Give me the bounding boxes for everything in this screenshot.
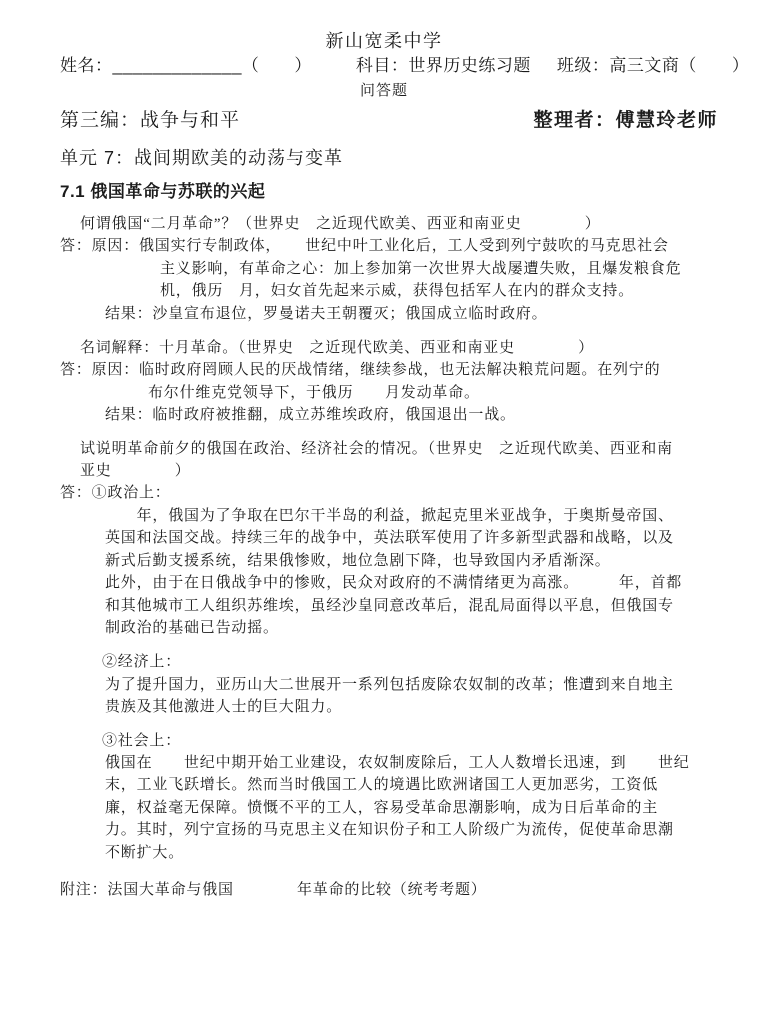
answer-line: 为了提升国力，亚历山大二世展开一系列包括废除农奴制的改革；惟遭到来自地主 — [105, 674, 718, 696]
organizer-name: 整理者：傅慧玲老师 — [533, 108, 718, 133]
question-block-1: 何谓俄国“二月革命”？（世界史 之近现代欧美、西亚和南亚史 ） 答：原因：俄国实… — [60, 213, 718, 325]
question-block-2: 名词解释：十月革命。（世界史 之近现代欧美、西亚和南亚史 ） 答：原因：临时政府… — [60, 337, 718, 427]
answer-line: 新式后勤支援系统，结果俄惨败，地位急剧下降，也导致国内矛盾渐深。 — [105, 550, 718, 572]
answer-line: 结果：临时政府被推翻，成立苏维埃政府，俄国退出一战。 — [105, 404, 718, 426]
answer-line: 俄国在 世纪中期开始工业建设，农奴制废除后，工人人数增长迅速，到 世纪 — [105, 752, 718, 774]
class-field: 班级：高三文商（ ） — [557, 54, 750, 78]
subject-field: 科目：世界历史练习题 — [356, 54, 531, 78]
economy-subhead: ②经济上： — [102, 651, 718, 673]
question-1-text: 何谓俄国“二月革命”？（世界史 之近现代欧美、西亚和南亚史 ） — [80, 213, 718, 235]
answer-line: 此外，由于在日俄战争中的惨败，民众对政府的不满情绪更为高涨。 年，首都 — [105, 572, 718, 594]
question-3-text-line1: 试说明革命前夕的俄国在政治、经济社会的情况。（世界史 之近现代欧美、西亚和南 — [80, 438, 718, 460]
worksheet-page: 新山宽柔中学 姓名：_____________（ ） 科目：世界历史练习题 班级… — [0, 0, 768, 1024]
answer-line: 制政治的基础已告动摇。 — [105, 617, 718, 639]
part-header-row: 第三编：战争与和平 整理者：傅慧玲老师 — [60, 108, 718, 133]
part-title: 第三编：战争与和平 — [60, 108, 240, 133]
footnote: 附注：法国大革命与俄国 年革命的比较（统考考题） — [60, 879, 718, 901]
answer-line: 廉，权益毫无保障。愤慨不平的工人，容易受革命思潮影响，成为日后革命的主 — [105, 797, 718, 819]
answer-line: 答：原因：临时政府罔顾人民的厌战情绪，继续参战，也无法解决粮荒问题。在列宁的 — [60, 359, 718, 381]
unit-title: 单元 7：战间期欧美的动荡与变革 — [60, 147, 718, 170]
answer-line: 结果：沙皇宣布退位，罗曼诺夫王朝覆灭；俄国成立临时政府。 — [105, 303, 718, 325]
answer-line: 和其他城市工人组织苏维埃，虽经沙皇同意改革后，混乱局面得以平息，但俄国专 — [105, 595, 718, 617]
answer-line: 答：原因：俄国实行专制政体， 世纪中叶工业化后，工人受到列宁鼓吹的马克思社会 — [60, 235, 718, 257]
student-info-row: 姓名：_____________（ ） 科目：世界历史练习题 班级：高三文商（ … — [60, 54, 718, 78]
question-2-text: 名词解释：十月革命。（世界史 之近现代欧美、西亚和南亚史 ） — [80, 337, 718, 359]
answer-line: 力。其时，列宁宣扬的马克思主义在知识份子和工人阶级广为流传，促使革命思潮 — [105, 819, 718, 841]
answer-line: 末，工业飞跃增长。然而当时俄国工人的境遇比欧洲诸国工人更加恶劣，工资低 — [105, 774, 718, 796]
name-field: 姓名：_____________（ ） — [60, 54, 312, 78]
question-3-text-line2: 亚史 ） — [80, 460, 718, 482]
answer-line: 布尔什维克党领导下，于俄历 月发动革命。 — [148, 382, 718, 404]
society-subhead: ③社会上： — [102, 730, 718, 752]
answer-line: 不断扩大。 — [105, 842, 718, 864]
answer-line: 机，俄历 月，妇女首先起来示威，获得包括军人在内的群众支持。 — [160, 280, 718, 302]
answer-line: 英国和法国交战。持续三年的战争中，英法联军使用了许多新型武器和战略，以及 — [105, 527, 718, 549]
politics-subhead: 答：①政治上： — [60, 482, 718, 504]
question-block-3: 试说明革命前夕的俄国在政治、经济社会的情况。（世界史 之近现代欧美、西亚和南 亚… — [60, 438, 718, 864]
answer-line: 年，俄国为了争取在巴尔干半岛的利益，掀起克里米亚战争，于奥斯曼帝国、 — [105, 505, 718, 527]
paper-type-label: 问答题 — [50, 81, 718, 100]
section-title: 7.1 俄国革命与苏联的兴起 — [60, 181, 718, 203]
answer-line: 贵族及其他激进人士的巨大阻力。 — [105, 696, 718, 718]
school-name: 新山宽柔中学 — [50, 30, 718, 52]
answer-line: 主义影响，有革命之心：加上参加第一次世界大战屡遭失败，且爆发粮食危 — [160, 258, 718, 280]
